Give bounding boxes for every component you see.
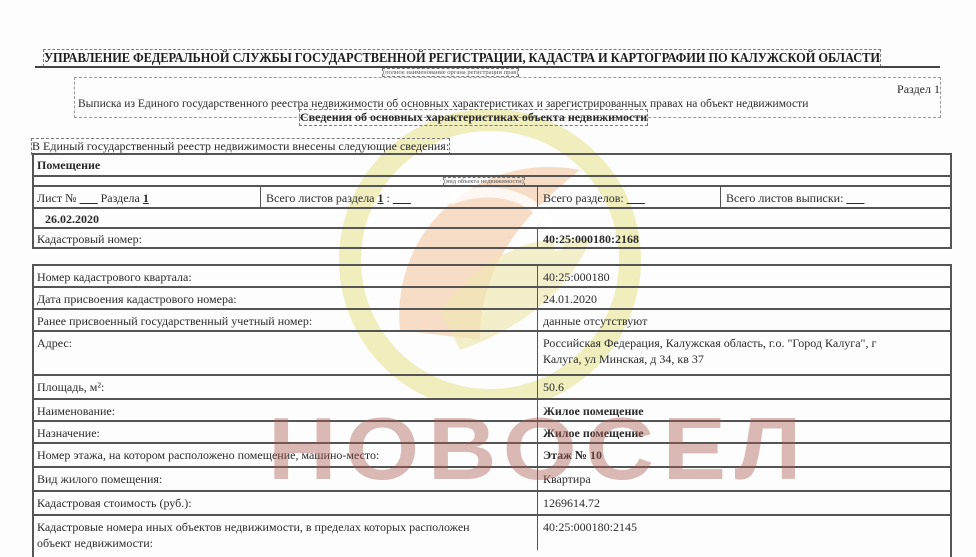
object-summary-table: Помещение (вид объекта недвижимости) Лис…: [32, 153, 952, 249]
table-row-prev-number: Ранее присвоенный государственный учетны…: [34, 308, 950, 332]
object-type-note: (вид объекта недвижимости): [444, 178, 524, 185]
table-row-cadastral-quarter: Номер кадастрового квартала:40:25:000180: [34, 264, 950, 288]
area-value: 50.6: [540, 379, 564, 395]
object-type-value: Помещение: [34, 157, 100, 173]
cadastral-number-value: 40:25:000180:2168: [540, 231, 639, 247]
prev-number-value: данные отсутствуют: [540, 313, 647, 329]
parent-cadastral-numbers-value: 40:25:000180:2145: [540, 519, 637, 535]
table-row-cadastral-date: Дата присвоения кадастрового номера:24.0…: [34, 286, 950, 310]
total-sheets-section: Всего листов раздела 1 : ___: [263, 190, 411, 206]
total-sheets-section-label: Всего листов раздела: [266, 191, 375, 205]
total-sheets: Всего листов выписки: ___: [723, 190, 864, 206]
extract-date: 26.02.2020: [42, 211, 99, 227]
authority-title: УПРАВЛЕНИЕ ФЕДЕРАЛЬНОЙ СЛУЖБЫ ГОСУДАРСТВ…: [44, 50, 880, 66]
sheet-number: Лист № ___ Раздела 1: [34, 190, 149, 206]
section-value: 1: [143, 191, 149, 205]
authority-note: (полное наименование органа регистрации …: [383, 69, 518, 76]
prev-number-label: Ранее присвоенный государственный учетны…: [34, 313, 312, 329]
section-label: Раздел 1: [897, 82, 940, 97]
total-sheets-section-blank: ___: [393, 191, 411, 205]
sheet-no-label: Лист №: [37, 191, 77, 205]
address-value: Российская Федерация, Калужская область,…: [540, 335, 876, 367]
total-sections-value: ___: [627, 191, 645, 205]
intro-text: В Единый государственный реестр недвижим…: [32, 139, 449, 154]
total-sheets-label: Всего листов выписки:: [726, 191, 843, 205]
extract-title: Выписка из Единого государственного реес…: [78, 96, 808, 111]
sheet-no-value: ___: [80, 191, 98, 205]
total-sheets-section-value: 1: [378, 191, 384, 205]
area-label: Площадь, м²:: [34, 379, 104, 395]
table-row-area: Площадь, м²:50.6: [34, 374, 950, 400]
section-subtitle: Сведения об основных характеристиках объ…: [300, 110, 647, 125]
parent-cadastral-numbers-label: Кадастровые номера иных объектов недвижи…: [34, 519, 470, 551]
purpose-label: Назначение:: [34, 425, 100, 441]
cadastral-number-label: Кадастровый номер:: [34, 231, 142, 247]
total-sections-label: Всего разделов:: [543, 191, 624, 205]
cadastral-date-label: Дата присвоения кадастрового номера:: [34, 291, 237, 307]
section-label-text: Раздела: [101, 191, 140, 205]
total-sections: Всего разделов: ___: [540, 190, 645, 206]
dwelling-type-label: Вид жилого помещения:: [34, 471, 162, 487]
cadastral-date-value: 24.01.2020: [540, 291, 597, 307]
table-row-address: Адрес:Российская Федерация, Калужская об…: [34, 330, 950, 374]
address-label: Адрес:: [34, 335, 72, 351]
watermark-text: НОВОСЕЛ: [268, 405, 810, 493]
title-underline: [35, 66, 940, 68]
name-label: Наименование:: [34, 403, 115, 419]
table-row-parent-cadastral-numbers: Кадастровые номера иных объектов недвижи…: [34, 514, 950, 550]
cadastral-value-label: Кадастровая стоимость (руб.):: [34, 495, 192, 511]
cadastral-quarter-value: 40:25:000180: [540, 269, 610, 285]
cadastral-quarter-label: Номер кадастрового квартала:: [34, 269, 192, 285]
total-sheets-value: ___: [846, 191, 864, 205]
